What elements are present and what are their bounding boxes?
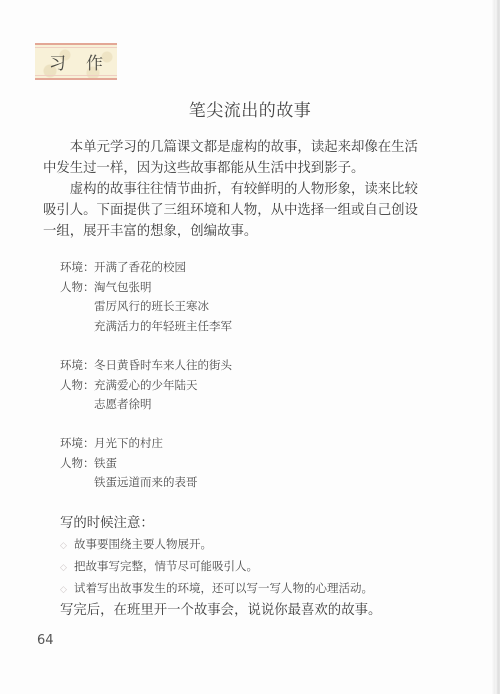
page-title: 笔尖流出的故事	[0, 96, 500, 121]
banner-char-2: 作	[86, 49, 103, 74]
setting-value: 冬日黄昏时车来人往的街头	[94, 358, 232, 372]
person: 充满活力的年轻班主任李军	[94, 319, 232, 333]
people-label: 人物：	[60, 454, 94, 474]
person-row: 雷厉风行的班长王寒冰	[60, 297, 232, 317]
note-text: 故事要围绕主要人物展开。	[74, 537, 212, 551]
person: 铁蛋远道而来的表哥	[94, 475, 198, 489]
setting-label: 环境：	[60, 258, 94, 278]
setting-row: 环境：开满了香花的校园	[60, 258, 232, 278]
page-number: 64	[37, 633, 54, 648]
person: 铁蛋	[94, 456, 117, 470]
scenario-group-1: 环境：开满了香花的校园 人物：淘气包张明 雷厉风行的班长王寒冰 充满活力的年轻班…	[60, 258, 232, 336]
banner-char-1: 习	[49, 49, 66, 74]
note-item: ◇故事要围绕主要人物展开。	[60, 534, 440, 556]
diamond-bullet-icon: ◇	[60, 536, 74, 556]
setting-label: 环境：	[60, 356, 94, 376]
note-text: 试着写出故事发生的环境，还可以写一写人物的心理活动。	[74, 581, 373, 595]
person: 充满爱心的少年陆天	[94, 378, 198, 392]
person: 雷厉风行的班长王寒冰	[94, 299, 209, 313]
person: 志愿者徐明	[94, 397, 152, 411]
person-row: 志愿者徐明	[60, 395, 232, 415]
note-text: 把故事写完整，情节尽可能吸引人。	[74, 559, 258, 573]
person-row: 铁蛋远道而来的表哥	[60, 473, 198, 493]
people-label: 人物：	[60, 376, 94, 396]
scenario-group-3: 环境：月光下的村庄 人物：铁蛋 铁蛋远道而来的表哥	[60, 434, 198, 493]
people-row: 人物：充满爱心的少年陆天	[60, 376, 232, 396]
intro-paragraph-2: 虚构的故事往往情节曲折，有较鲜明的人物形象，读来比较吸引人。下面提供了三组环境和…	[43, 179, 423, 242]
setting-row: 环境：月光下的村庄	[60, 434, 198, 454]
intro-text: 本单元学习的几篇课文都是虚构的故事，读起来却像在生活中发生过一样，因为这些故事都…	[43, 137, 423, 242]
person: 淘气包张明	[94, 280, 152, 294]
diamond-bullet-icon: ◇	[60, 580, 74, 600]
scenario-group-2: 环境：冬日黄昏时车来人往的街头 人物：充满爱心的少年陆天 志愿者徐明	[60, 356, 232, 415]
people-row: 人物：铁蛋	[60, 454, 198, 474]
notes-heading: 写的时候注意：	[60, 514, 440, 534]
closing-text: 写完后，在班里开一个故事会，说说你最喜欢的故事。	[60, 600, 440, 622]
diamond-bullet-icon: ◇	[60, 558, 74, 578]
people-label: 人物：	[60, 278, 94, 298]
people-row: 人物：淘气包张明	[60, 278, 232, 298]
setting-value: 开满了香花的校园	[94, 260, 186, 274]
setting-row: 环境：冬日黄昏时车来人往的街头	[60, 356, 232, 376]
note-item: ◇试着写出故事发生的环境，还可以写一写人物的心理活动。	[60, 578, 440, 600]
writing-notes: 写的时候注意： ◇故事要围绕主要人物展开。 ◇把故事写完整，情节尽可能吸引人。 …	[60, 514, 440, 622]
note-item: ◇把故事写完整，情节尽可能吸引人。	[60, 556, 440, 578]
setting-value: 月光下的村庄	[94, 436, 163, 450]
setting-label: 环境：	[60, 434, 94, 454]
intro-paragraph-1: 本单元学习的几篇课文都是虚构的故事，读起来却像在生活中发生过一样，因为这些故事都…	[43, 137, 423, 179]
section-banner-xizuo: 习 作	[35, 43, 117, 80]
person-row: 充满活力的年轻班主任李军	[60, 317, 232, 337]
